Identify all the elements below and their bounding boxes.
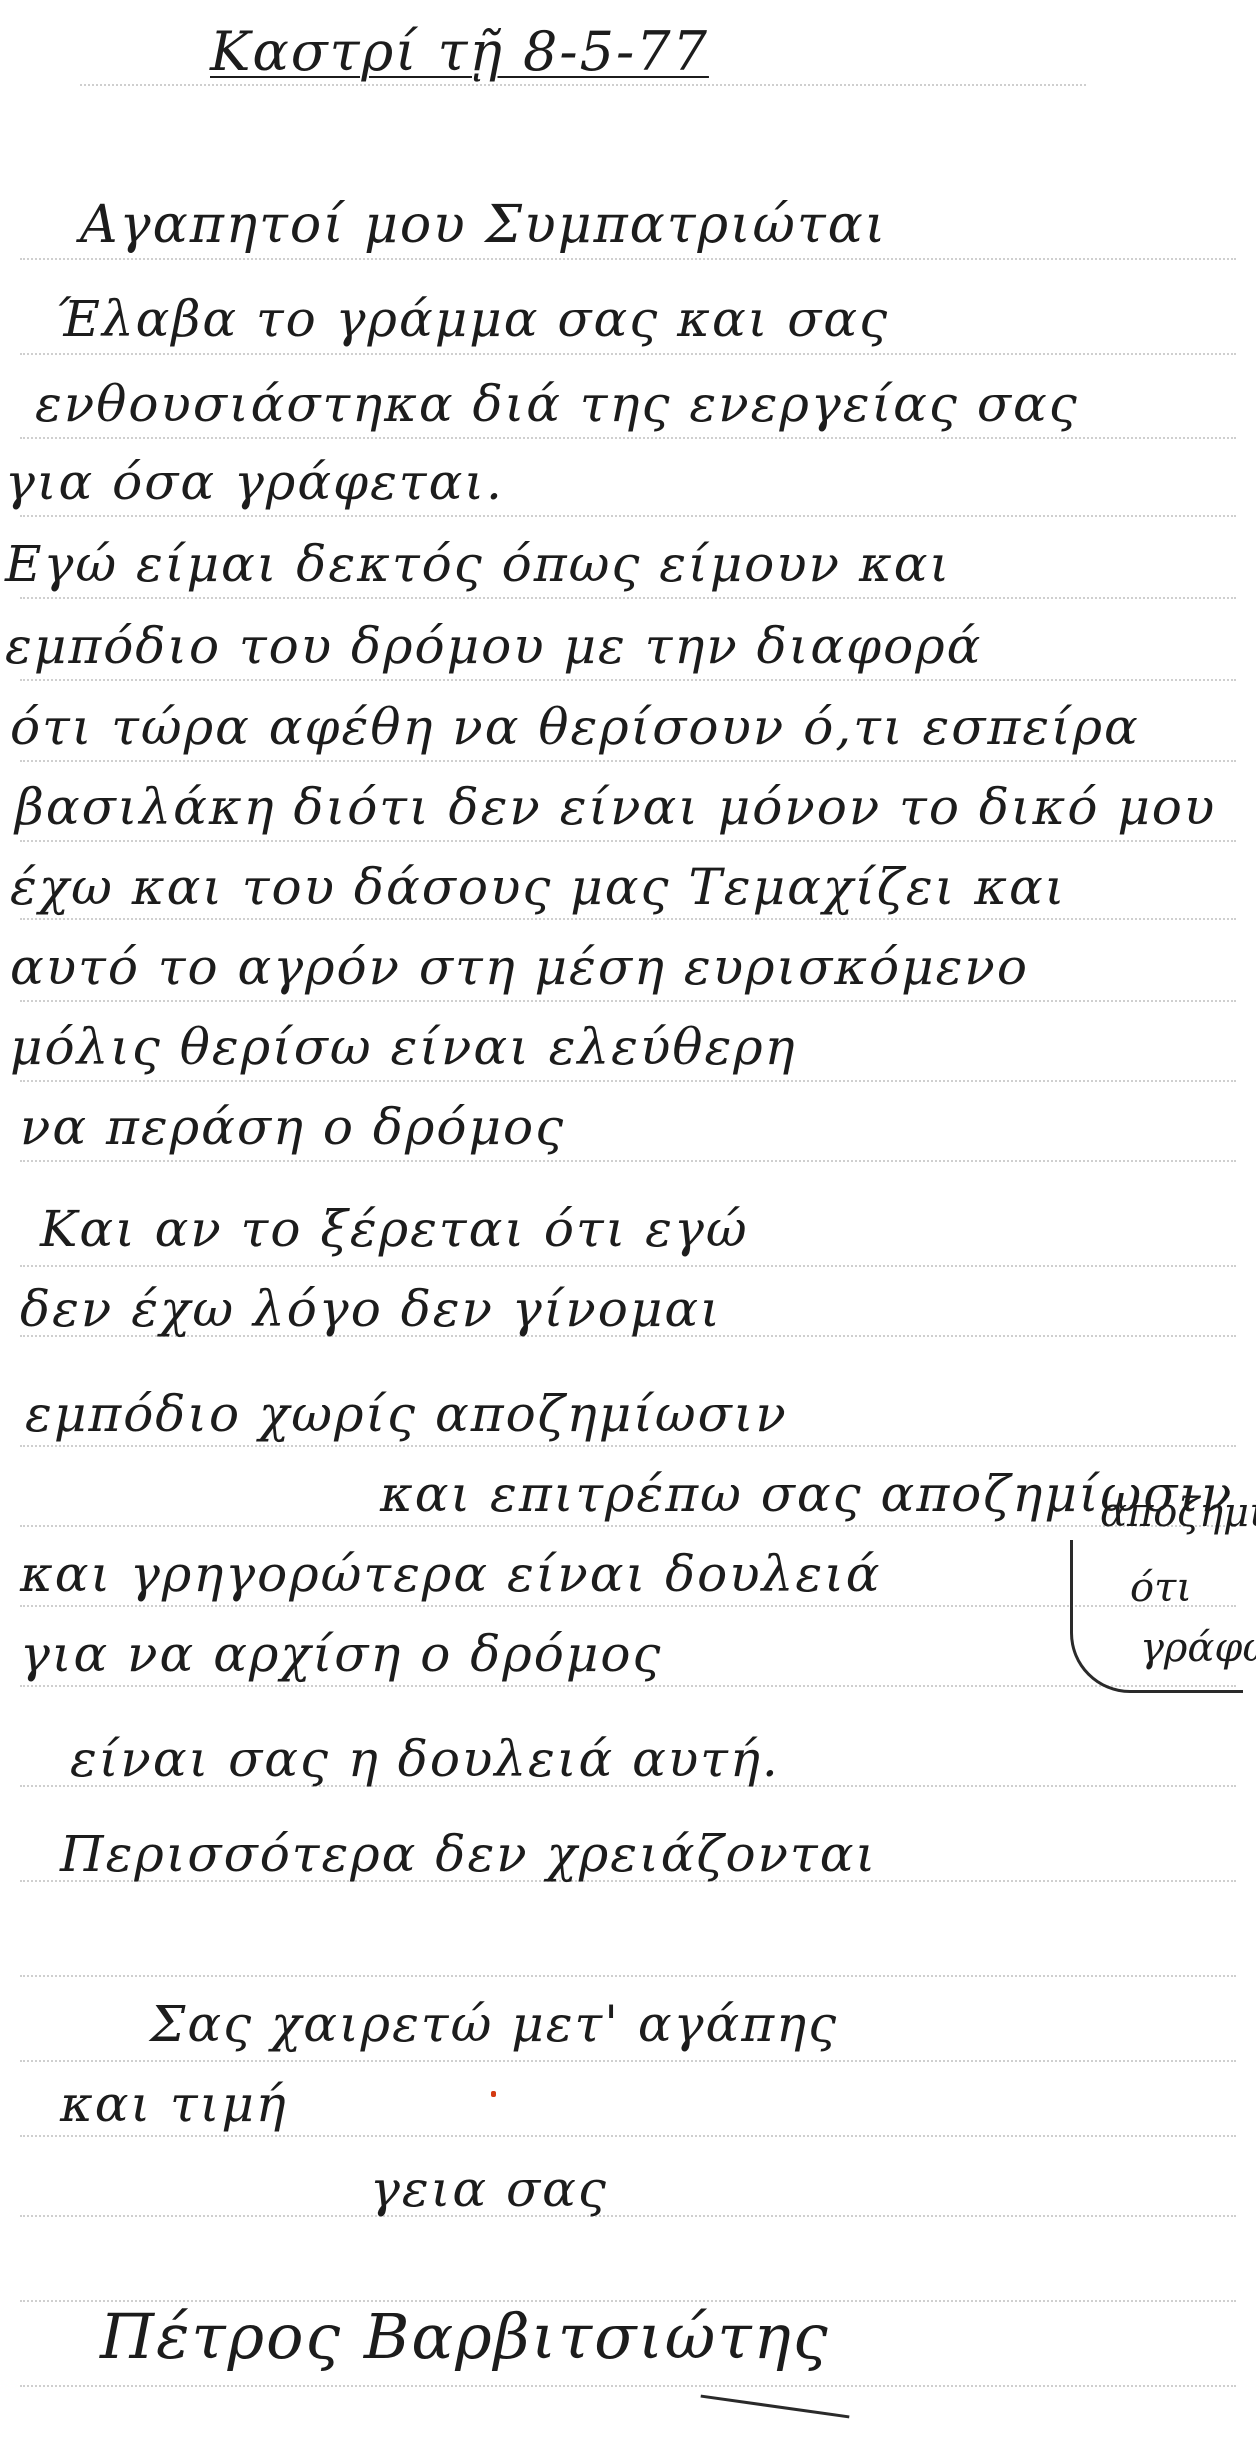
ruled-line (20, 1525, 1236, 1527)
body-line: εμπόδιο χωρίς αποζημίωσιν (25, 1385, 788, 1443)
ruled-line (20, 918, 1236, 920)
body-line: είναι σας η δουλειά αυτή. (70, 1730, 780, 1788)
ruled-line (20, 1000, 1236, 1002)
ruled-line (20, 1445, 1236, 1447)
place-date: Καστρί τῇ 8-5-77 (210, 20, 709, 83)
ruled-line (20, 840, 1236, 842)
body-line: βασιλάκη διότι δεν είναι μόνον το δικό μ… (15, 778, 1216, 836)
ruled-line (20, 2060, 1236, 2062)
ruled-line (20, 353, 1236, 355)
body-line: δεν έχω λόγο δεν γίνομαι (20, 1280, 722, 1338)
ruled-line (20, 1975, 1236, 1977)
body-line: ότι τώρα αφέθη να θερίσουν ό,τι εσπείρα (10, 698, 1140, 756)
body-line: και γρηγορώτερα είναι δουλειά (20, 1545, 882, 1603)
ruled-line (20, 760, 1236, 762)
ruled-line (20, 258, 1236, 260)
handwritten-letter-page: Καστρί τῇ 8-5-77 Αγαπητοί μου Συμπατριώτ… (0, 0, 1256, 2448)
ruled-line (20, 597, 1236, 599)
body-line: ενθουσιάστηκα διά της ενεργείας σας (35, 375, 1079, 433)
ruled-line (20, 1160, 1236, 1162)
ruled-line (20, 2215, 1236, 2217)
signature-flourish (701, 2395, 850, 2419)
body-line: Περισσότερα δεν χρειάζονται (60, 1825, 877, 1883)
body-line: αυτό το αγρόν στη μέση ευρισκόμενο (10, 938, 1029, 996)
signature: Πέτρος Βαρβιτσιώτης (100, 2300, 830, 2373)
margin-note: αποζημίωσιν ότι γράφω (1060, 1480, 1250, 1710)
closing-line: και τιμή (60, 2075, 288, 2133)
closing-line: γεια σας (370, 2160, 608, 2218)
ruled-line (20, 515, 1236, 517)
body-line: Έλαβα το γράμμα σας και σας (55, 290, 889, 348)
ruled-line (20, 1080, 1236, 1082)
body-line: για να αρχίση ο δρόμος (20, 1625, 662, 1683)
body-line: για όσα γράφεται. (5, 453, 504, 511)
greeting: Αγαπητοί μου Συμπατριώται (80, 195, 887, 255)
ruled-line (80, 84, 1086, 86)
margin-note-line: ότι (1130, 1565, 1192, 1611)
body-line: μόλις θερίσω είναι ελεύθερη (10, 1018, 797, 1076)
ruled-line (20, 1265, 1236, 1267)
margin-note-line: γράφω (1140, 1625, 1256, 1671)
ruled-line (20, 679, 1236, 681)
body-line: εμπόδιο του δρόμου με την διαφορά (5, 617, 982, 675)
ruled-line (20, 2135, 1236, 2137)
body-line: Εγώ είμαι δεκτός όπως είμουν και (5, 535, 951, 593)
ruled-line (20, 1605, 1236, 1607)
ruled-line (20, 437, 1236, 439)
ruled-line (20, 1685, 1236, 1687)
ruled-line (20, 2385, 1236, 2387)
body-line: να περάση ο δρόμος (20, 1098, 565, 1156)
margin-note-line: αποζημίωσιν (1100, 1490, 1256, 1536)
body-line: Και αν το ξέρεται ότι εγώ (40, 1200, 749, 1258)
red-ink-mark (491, 2091, 496, 2097)
closing-line: Σας χαιρετώ μετ' αγάπης (150, 1995, 838, 2053)
body-line: έχω και του δάσους μας Τεμαχίζει και (10, 858, 1066, 916)
